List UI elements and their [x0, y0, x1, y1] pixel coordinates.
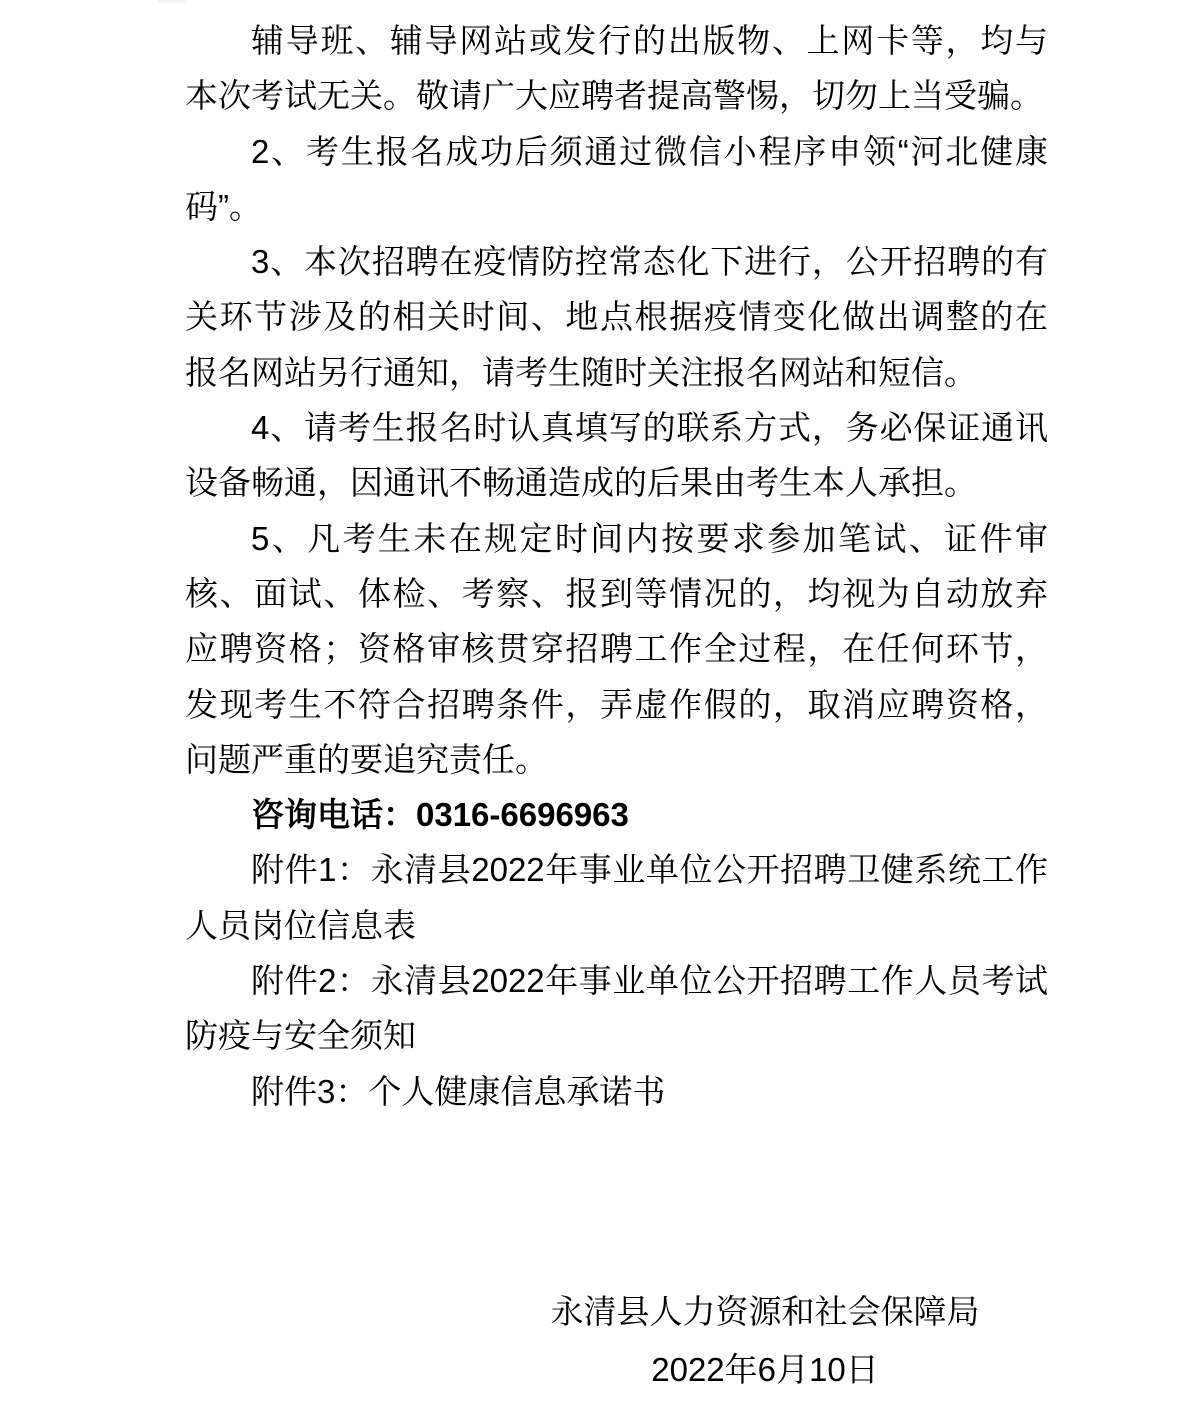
signature-block: 永清县人力资源和社会保障局 2022年6月10日	[435, 1283, 1095, 1399]
body-line: 本次考试无关。敬请广大应聘者提高警惕，切勿上当受骗。	[185, 68, 1048, 123]
body-line: 3、本次招聘在疫情防控常态化下进行，公开招聘的有	[185, 234, 1048, 289]
contact-phone: 0316-6696963	[416, 796, 629, 833]
attachment-1-line: 人员岗位信息表	[185, 898, 1048, 953]
body-line: 应聘资格；资格审核贯穿招聘工作全过程，在任何环节，	[185, 621, 1048, 676]
contact-label: 咨询电话：	[251, 796, 416, 833]
body-line: 2、考生报名成功后须通过微信小程序申领“河北健康	[185, 124, 1048, 179]
attachment-3-line: 附件3：个人健康信息承诺书	[185, 1064, 1048, 1119]
body-line: 辅导班、辅导网站或发行的出版物、上网卡等，均与	[185, 13, 1048, 68]
body-line: 问题严重的要追究责任。	[185, 732, 1048, 787]
body-line: 发现考生不符合招聘条件，弄虚作假的，取消应聘资格，	[185, 677, 1048, 732]
attachment-2-line: 防疫与安全须知	[185, 1008, 1048, 1063]
body-line: 5、凡考生未在规定时间内按要求参加笔试、证件审	[185, 511, 1048, 566]
body-line: 报名网站另行通知，请考生随时关注报名网站和短信。	[185, 345, 1048, 400]
contact-line: 咨询电话：0316-6696963	[185, 787, 1048, 842]
document-body: 辅导班、辅导网站或发行的出版物、上网卡等，均与 本次考试无关。敬请广大应聘者提高…	[185, 13, 1048, 1119]
signature-organization: 永清县人力资源和社会保障局	[435, 1283, 1095, 1341]
body-line: 4、请考生报名时认真填写的联系方式，务必保证通讯	[185, 400, 1048, 455]
signature-date: 2022年6月10日	[435, 1341, 1095, 1399]
attachment-1-line: 附件1：永清县2022年事业单位公开招聘卫健系统工作	[185, 842, 1048, 897]
body-line: 设备畅通，因通讯不畅通造成的后果由考生本人承担。	[185, 455, 1048, 510]
page-edge-artifact	[157, 0, 186, 3]
document-page: 辅导班、辅导网站或发行的出版物、上网卡等，均与 本次考试无关。敬请广大应聘者提高…	[0, 0, 1189, 1410]
attachment-2-line: 附件2：永清县2022年事业单位公开招聘工作人员考试	[185, 953, 1048, 1008]
body-line: 核、面试、体检、考察、报到等情况的，均视为自动放弃	[185, 566, 1048, 621]
body-line: 关环节涉及的相关时间、地点根据疫情变化做出调整的在	[185, 289, 1048, 344]
body-line: 码”。	[185, 179, 1048, 234]
